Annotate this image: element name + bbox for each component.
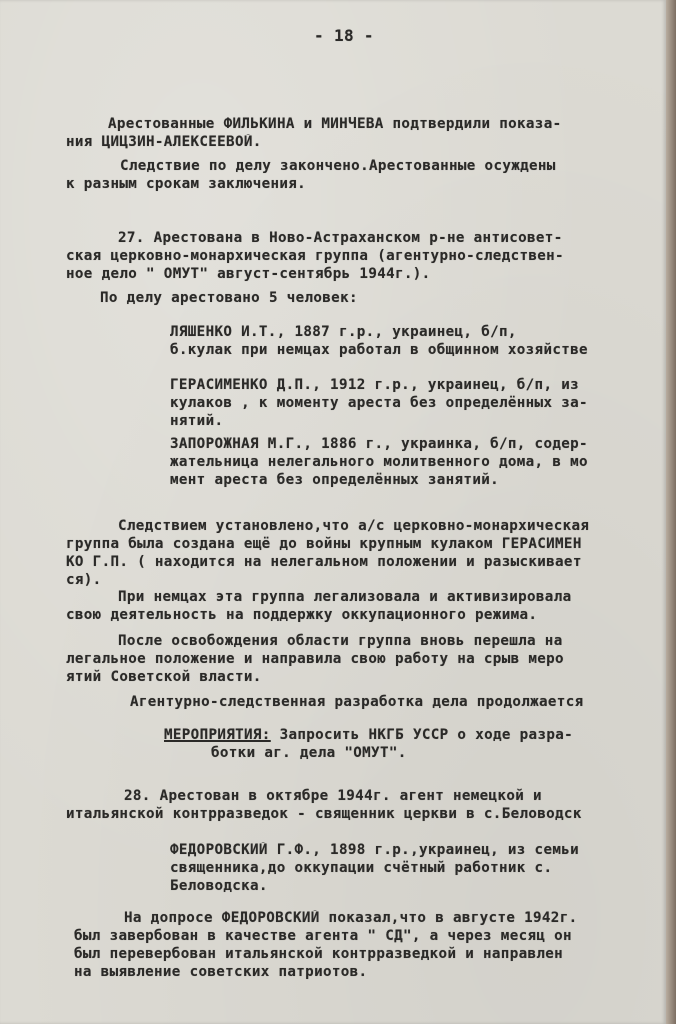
page-number: - 18 -: [314, 26, 374, 45]
measures-label: МЕРОПРИЯТИЯ:: [164, 727, 271, 743]
arrested-person-line: священника,до оккупации счётный работник…: [170, 860, 552, 876]
paragraph-line: был завербован в качестве агента " СД", …: [74, 928, 572, 944]
document-page: - 18 - Арестованные ФИЛЬКИНА и МИНЧЕВА п…: [0, 0, 666, 1024]
paragraph-line: Следствием установлено,что а/с церковно-…: [118, 518, 589, 534]
paragraph-line: Арестованные ФИЛЬКИНА и МИНЧЕВА подтверд…: [108, 116, 561, 132]
item-28-line: 28. Арестован в октябре 1944г. агент нем…: [124, 788, 542, 804]
item-27-line: ное дело " ОМУТ" август-сентябрь 1944г.)…: [66, 266, 431, 282]
paragraph-line: свою деятельность на поддержку оккупацио…: [66, 607, 537, 623]
paragraph-line: ния ЦИЦЗИН-АЛЕКСЕЕВОЙ.: [66, 134, 262, 150]
paragraph-line: Следствие по делу закончено.Арестованные…: [120, 158, 556, 174]
paragraph-line: ятий Советской власти.: [66, 669, 262, 685]
paragraph-line: ся).: [66, 572, 102, 588]
paragraph-line: на выявление советских патриотов.: [74, 964, 367, 980]
paragraph-line: При немцах эта группа легализовала и акт…: [118, 589, 571, 605]
measures-text: Запросить НКГБ УССР о ходе разра-: [271, 727, 573, 743]
measures-line: ботки аг. дела "ОМУТ".: [211, 745, 407, 761]
arrested-person-line: б.кулак при немцах работал в общинном хо…: [170, 342, 588, 358]
paragraph-line: легальное положение и направила свою раб…: [66, 651, 564, 667]
paragraph-line: КО Г.П. ( находится на нелегальном полож…: [66, 554, 582, 570]
arrested-person-line: ЗАПОРОЖНАЯ М.Г., 1886 г., украинка, б/п,…: [170, 436, 588, 452]
arrested-person-line: ГЕРАСИМЕНКО Д.П., 1912 г.р., украинец, б…: [170, 377, 579, 393]
arrested-person-line: мент ареста без определённых занятий.: [170, 472, 499, 488]
paragraph-line: был перевербован итальянской контрразвед…: [74, 946, 563, 962]
item-28-line: итальянской контрразведок - священник це…: [66, 806, 582, 822]
arrested-person-line: Беловодска.: [170, 878, 268, 894]
arrested-person-line: ЛЯШЕНКО И.Т., 1887 г.р., украинец, б/п,: [170, 324, 517, 340]
arrested-person-line: кулаков , к моменту ареста без определён…: [170, 395, 588, 411]
paragraph-line: На допросе ФЕДОРОВСКИЙ показал,что в авг…: [124, 910, 577, 926]
arrested-person-line: ФЕДОРОВСКИЙ Г.Ф., 1898 г.р.,украинец, из…: [170, 842, 579, 858]
paragraph-line: к разным срокам заключения.: [66, 176, 306, 192]
paragraph-line: По делу арестовано 5 человек:: [100, 290, 358, 306]
paragraph-line: Агентурно-следственная разработка дела п…: [130, 694, 583, 710]
arrested-person-line: нятий.: [170, 413, 223, 429]
item-27-line: ская церковно-монархическая группа (аген…: [66, 248, 564, 264]
page-edge: [666, 0, 676, 1024]
arrested-person-line: жательница нелегального молитвенного дом…: [170, 454, 588, 470]
paragraph-line: группа была создана ещё до войны крупным…: [66, 536, 582, 552]
item-27-line: 27. Арестована в Ново-Астраханском р-не …: [118, 230, 563, 246]
paragraph-line: После освобождения области группа вновь …: [118, 633, 563, 649]
measures-line: МЕРОПРИЯТИЯ: Запросить НКГБ УССР о ходе …: [164, 727, 573, 743]
